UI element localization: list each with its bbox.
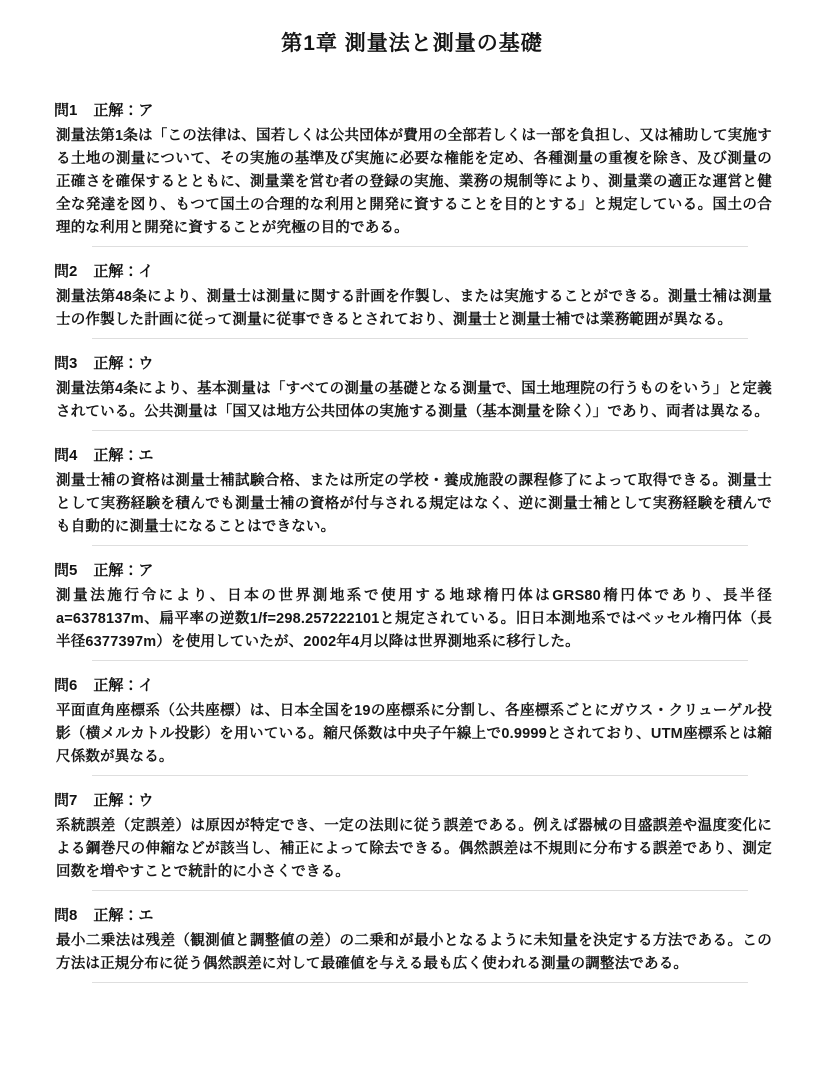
section-divider (92, 982, 748, 983)
question-number: 問3 (54, 355, 77, 372)
question-explanation: 最小二乗法は残差（観測値と調整値の差）の二乗和が最小となるように未知量を決定する… (56, 930, 772, 976)
question-block-4: 問4正解：エ 測量士補の資格は測量士補試験合格、または所定の学校・養成施設の課程… (54, 446, 772, 546)
question-heading: 問2正解：イ (54, 262, 772, 282)
section-divider (92, 775, 748, 776)
question-answer: 正解：イ (93, 263, 153, 280)
question-explanation: 測量法施行令により、日本の世界測地系で使用する地球楕円体はGRS80楕円体であり… (56, 585, 772, 654)
section-divider (92, 430, 748, 431)
question-answer: 正解：イ (93, 677, 153, 694)
question-heading: 問5正解：ア (54, 561, 772, 581)
question-answer: 正解：ウ (93, 792, 153, 809)
question-block-1: 問1正解：ア 測量法第1条は「この法律は、国若しくは公共団体が費用の全部若しくは… (54, 101, 772, 247)
question-block-5: 問5正解：ア 測量法施行令により、日本の世界測地系で使用する地球楕円体はGRS8… (54, 561, 772, 661)
question-heading: 問8正解：エ (54, 906, 772, 926)
question-number: 問8 (54, 907, 77, 924)
question-number: 問7 (54, 792, 77, 809)
section-divider (92, 890, 748, 891)
section-divider (92, 660, 748, 661)
answer-list: 問1正解：ア 測量法第1条は「この法律は、国若しくは公共団体が費用の全部若しくは… (0, 57, 824, 983)
section-divider (92, 545, 748, 546)
document-page: 第1章 測量法と測量の基礎 問1正解：ア 測量法第1条は「この法律は、国若しくは… (0, 0, 824, 1080)
question-block-7: 問7正解：ウ 系統誤差（定誤差）は原因が特定でき、一定の法則に従う誤差である。例… (54, 791, 772, 891)
question-answer: 正解：ア (93, 562, 153, 579)
question-explanation: 平面直角座標系（公共座標）は、日本全国を19の座標系に分割し、各座標系ごとにガウ… (56, 700, 772, 769)
question-answer: 正解：エ (93, 907, 153, 924)
question-block-8: 問8正解：エ 最小二乗法は残差（観測値と調整値の差）の二乗和が最小となるように未… (54, 906, 772, 983)
question-heading: 問7正解：ウ (54, 791, 772, 811)
question-heading: 問3正解：ウ (54, 354, 772, 374)
question-number: 問1 (54, 102, 77, 119)
question-explanation: 系統誤差（定誤差）は原因が特定でき、一定の法則に従う誤差である。例えば器械の目盛… (56, 815, 772, 884)
question-explanation: 測量法第4条により、基本測量は「すべての測量の基礎となる測量で、国土地理院の行う… (56, 378, 772, 424)
question-block-3: 問3正解：ウ 測量法第4条により、基本測量は「すべての測量の基礎となる測量で、国… (54, 354, 772, 431)
question-number: 問6 (54, 677, 77, 694)
question-block-6: 問6正解：イ 平面直角座標系（公共座標）は、日本全国を19の座標系に分割し、各座… (54, 676, 772, 776)
question-heading: 問1正解：ア (54, 101, 772, 121)
question-explanation: 測量士補の資格は測量士補試験合格、または所定の学校・養成施設の課程修了によって取… (56, 470, 772, 539)
section-divider (92, 246, 748, 247)
question-answer: 正解：ウ (93, 355, 153, 372)
question-answer: 正解：ア (93, 102, 153, 119)
question-answer: 正解：エ (93, 447, 153, 464)
page-title: 第1章 測量法と測量の基礎 (0, 0, 824, 57)
question-number: 問5 (54, 562, 77, 579)
section-divider (92, 338, 748, 339)
question-block-2: 問2正解：イ 測量法第48条により、測量士は測量に関する計画を作製し、または実施… (54, 262, 772, 339)
question-explanation: 測量法第1条は「この法律は、国若しくは公共団体が費用の全部若しくは一部を負担し、… (56, 125, 772, 240)
question-heading: 問6正解：イ (54, 676, 772, 696)
question-number: 問4 (54, 447, 77, 464)
question-number: 問2 (54, 263, 77, 280)
question-explanation: 測量法第48条により、測量士は測量に関する計画を作製し、または実施することができ… (56, 286, 772, 332)
question-heading: 問4正解：エ (54, 446, 772, 466)
